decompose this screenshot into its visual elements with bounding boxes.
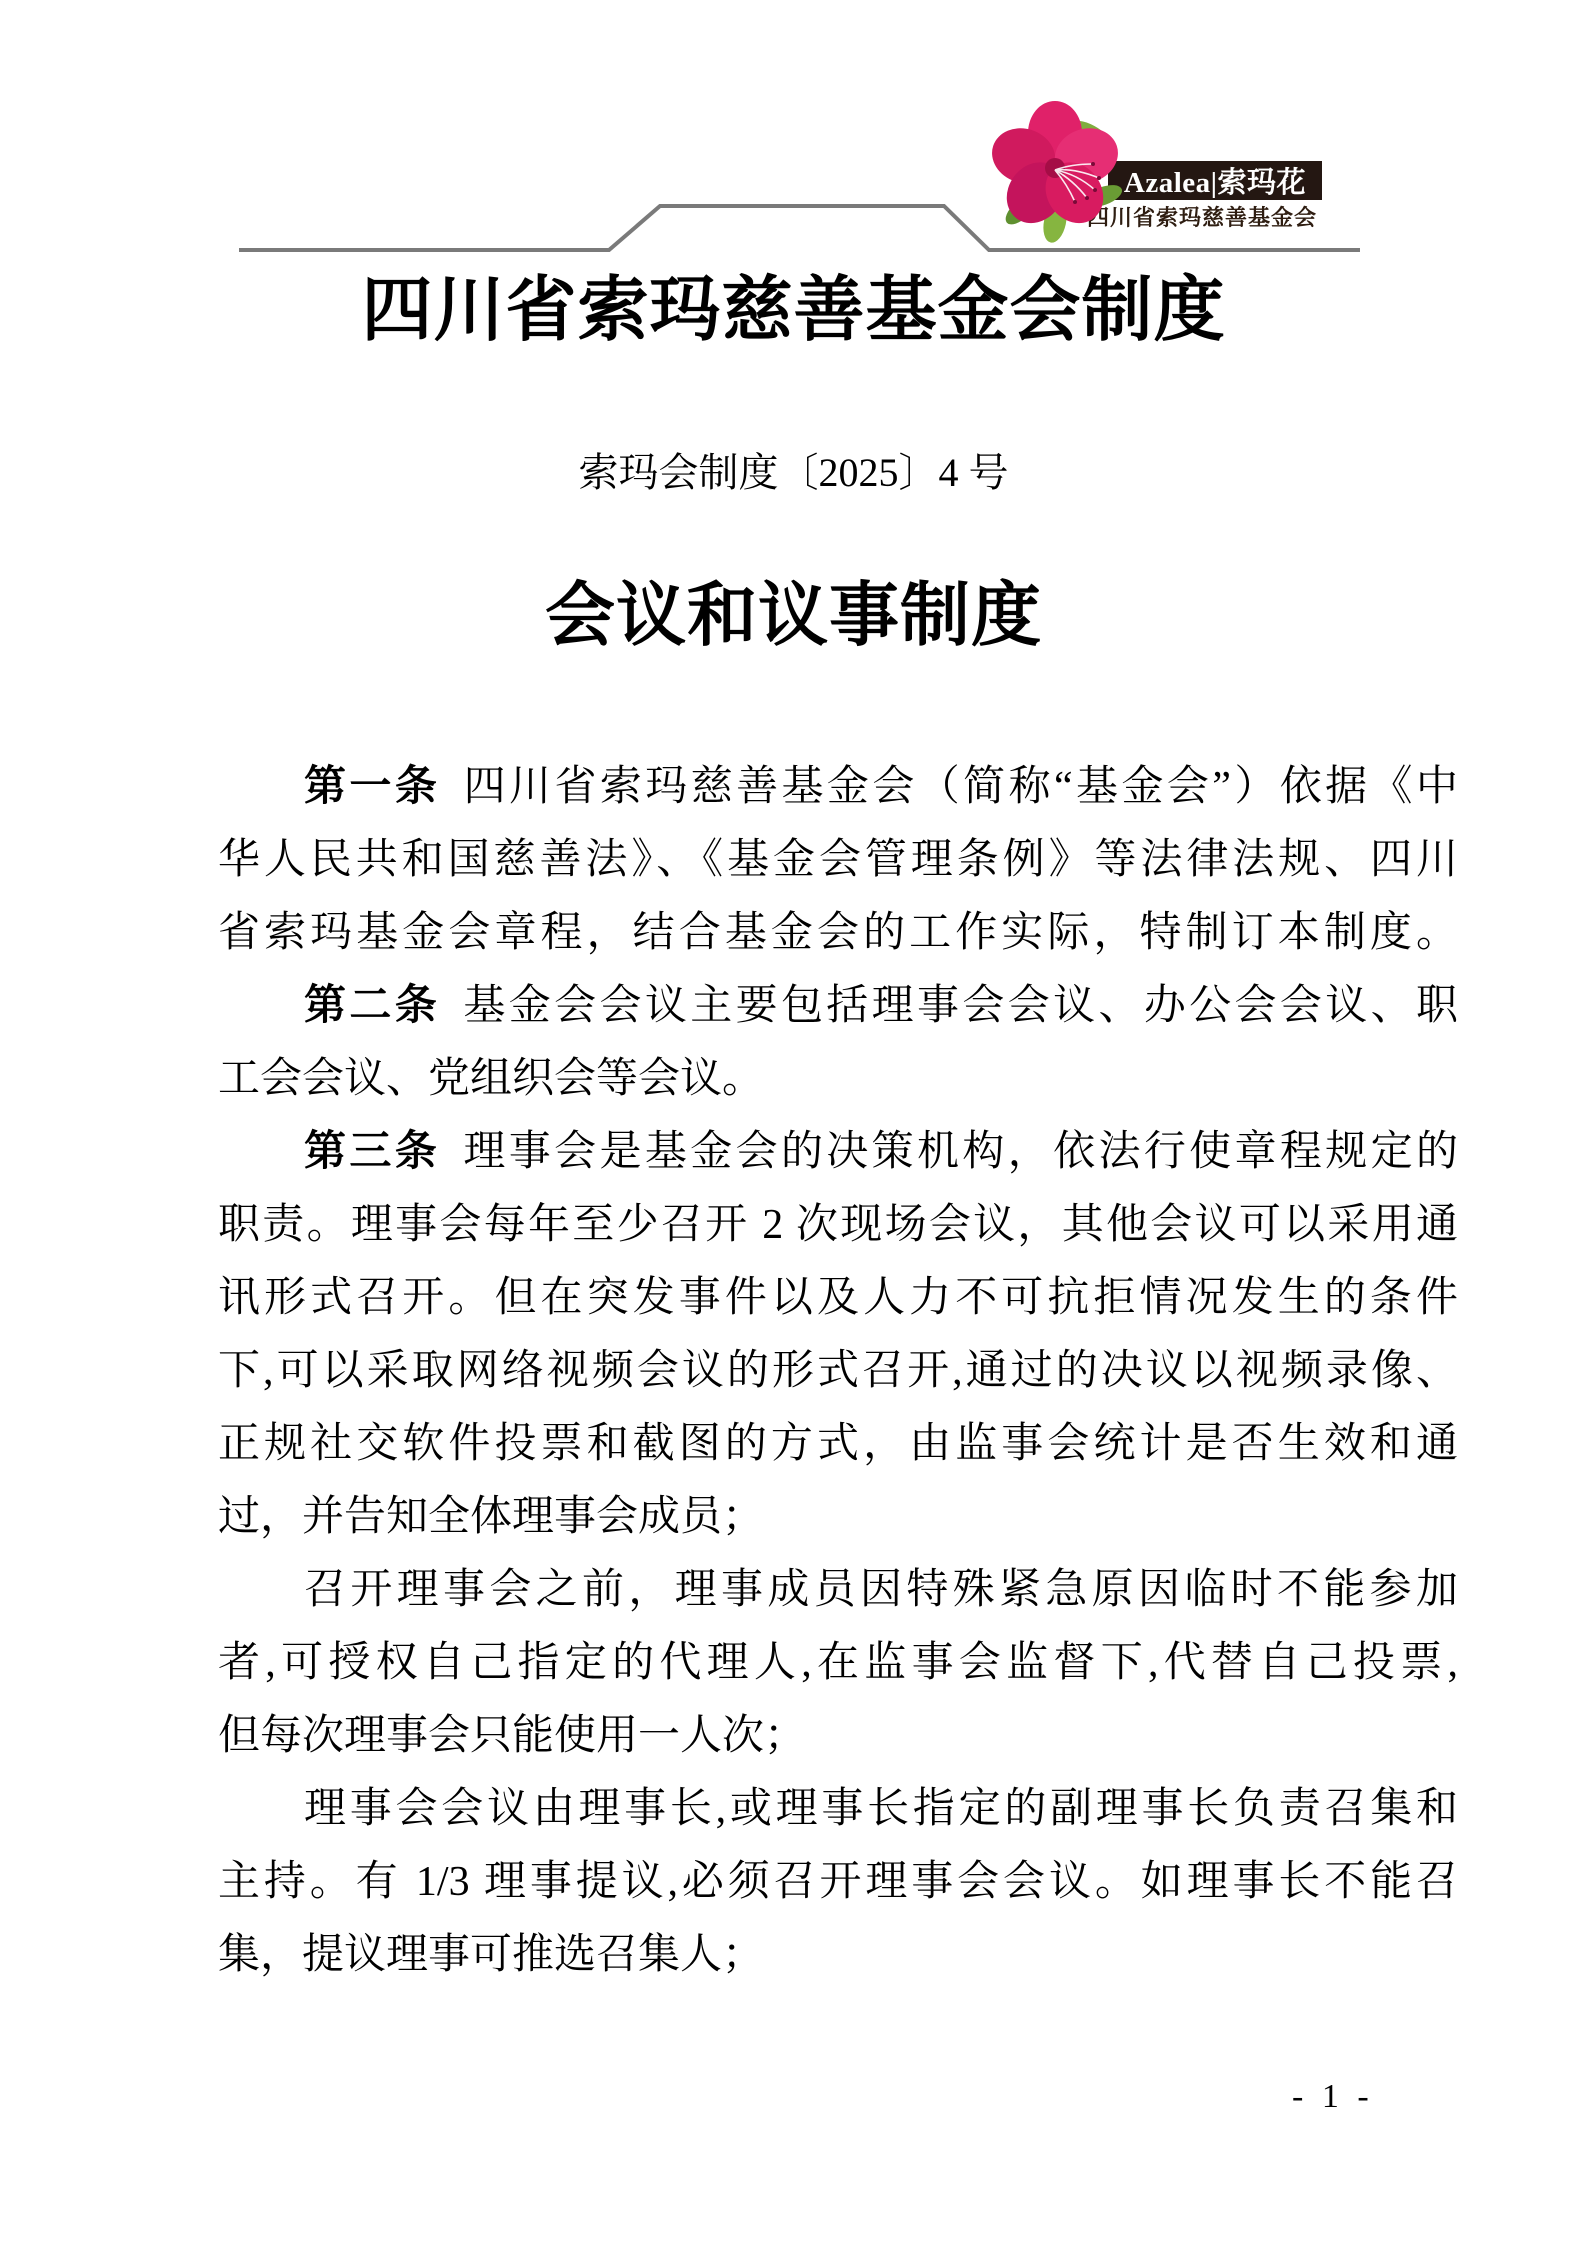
body-line: 但每次理事会只能使用一人次； (218, 1700, 1458, 1773)
body-line: 集，提议理事可推选召集人； (218, 1919, 1458, 1992)
body-line-text: 基金会会议主要包括理事会会议、办公会会议、职 (460, 983, 1458, 1029)
body-line: 主持。有 1/3 理事提议,必须召开理事会会议。如理事长不能召 (218, 1846, 1458, 1919)
clause-label: 第三条 (304, 1129, 440, 1175)
body-line: 者,可授权自己指定的代理人,在监事会监督下,代替自己投票, (218, 1627, 1458, 1700)
document-number: 索玛会制度〔2025〕4 号 (0, 449, 1587, 497)
body-line: 正规社交软件投票和截图的方式，由监事会统计是否生效和通 (218, 1408, 1458, 1481)
document-title: 四川省索玛慈善基金会制度 (0, 272, 1587, 350)
body-line-text: 四川省索玛慈善基金会（简称“基金会”）依据《中 (460, 764, 1458, 810)
body-line: 工会会议、党组织会等会议。 (218, 1043, 1458, 1116)
body-line: 华人民共和国慈善法》、《基金会管理条例》等法律法规、四川 (218, 824, 1458, 897)
body-line: 职责。理事会每年至少召开 2 次现场会议，其他会议可以采用通 (218, 1189, 1458, 1262)
body-line: 第三条理事会是基金会的决策机构，依法行使章程规定的 (218, 1116, 1458, 1189)
body-line: 理事会会议由理事长,或理事长指定的副理事长负责召集和 (218, 1773, 1458, 1846)
clause-label: 第一条 (304, 764, 440, 810)
body-line: 下,可以采取网络视频会议的形式召开,通过的决议以视频录像、 (218, 1335, 1458, 1408)
clause-label: 第二条 (304, 983, 440, 1029)
logo-brand-banner: Azalea|索玛花 (1108, 161, 1322, 200)
azalea-flower-icon (983, 100, 1135, 245)
body-line: 过，并告知全体理事会成员； (218, 1481, 1458, 1554)
body-line-text: 理事会是基金会的决策机构，依法行使章程规定的 (460, 1129, 1458, 1175)
header-divider-line (0, 0, 1587, 300)
body-line: 讯形式召开。但在突发事件以及人力不可抗拒情况发生的条件 (218, 1262, 1458, 1335)
page-number: - 1 - (1292, 2078, 1374, 2116)
body-line: 第二条基金会会议主要包括理事会会议、办公会会议、职 (218, 970, 1458, 1043)
section-title: 会议和议事制度 (0, 578, 1587, 655)
body-line: 召开理事会之前，理事成员因特殊紧急原因临时不能参加 (218, 1554, 1458, 1627)
document-page: Azalea|索玛花 四川省索玛慈善基金会 四川 (0, 0, 1587, 2245)
body-line: 第一条四川省索玛慈善基金会（简称“基金会”）依据《中 (218, 751, 1458, 824)
body-text: 第一条四川省索玛慈善基金会（简称“基金会”）依据《中 华人民共和国慈善法》、《基… (218, 751, 1458, 1992)
body-line: 省索玛基金会章程，结合基金会的工作实际，特制订本制度。 (218, 897, 1458, 970)
